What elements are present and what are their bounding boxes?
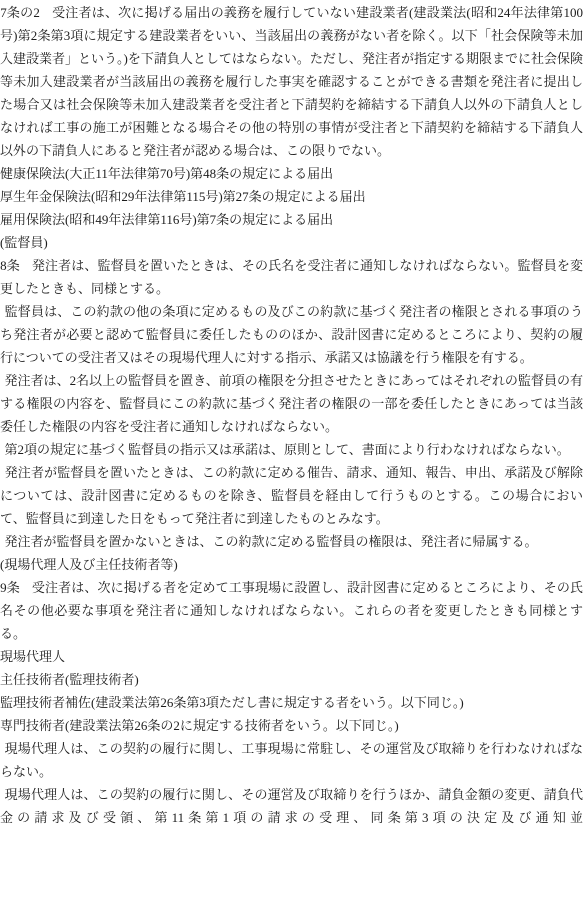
section-heading-supervisor: (監督員) xyxy=(0,231,583,254)
paragraph-text: 発注者が監督員を置いたときは、この約款に定める催告、請求、通知、報告、申出、承諾… xyxy=(0,465,583,526)
paragraph-text: 現場代理人は、この契約の履行に関し、工事現場に常駐し、その運営及び取締りを行わな… xyxy=(0,741,583,779)
item-text: 現場代理人 xyxy=(0,649,65,664)
numbered-paragraph: 2現場代理人は、この契約の履行に関し、工事現場に常駐し、その運営及び取締りを行わ… xyxy=(0,737,583,783)
clause-item: (1)健康保険法(大正11年法律第70号)第48条の規定による届出 xyxy=(0,162,583,185)
numbered-paragraph: 5発注者が監督員を置いたときは、この約款に定める催告、請求、通知、報告、申出、承… xyxy=(0,461,583,530)
item-text: 主任技術者(監理技術者) xyxy=(0,672,139,687)
article-number: 第8条 xyxy=(0,258,20,273)
paragraph-text: 発注者が監督員を置かないときは、この約款に定める監督員の権限は、発注者に帰属する… xyxy=(5,534,538,549)
item-text: 監理技術者補佐(建設業法第26条第3項ただし書に規定する者をいう。以下同じ。) xyxy=(0,695,464,710)
section-heading-site-agent: (現場代理人及び主任技術者等) xyxy=(0,553,583,576)
article-7-2: 第7条の2受注者は、次に掲げる届出の義務を履行していない建設業者(建設業法(昭和… xyxy=(0,1,583,162)
article-text: 受注者は、次に掲げる届出の義務を履行していない建設業者(建設業法(昭和24年法律… xyxy=(0,5,583,158)
clause-item: (3)監理技術者補佐(建設業法第26条第3項ただし書に規定する者をいう。以下同じ… xyxy=(0,691,583,714)
clause-item: (2)厚生年金保険法(昭和29年法律第115号)第27条の規定による届出 xyxy=(0,185,583,208)
item-text: 厚生年金保険法(昭和29年法律第115号)第27条の規定による届出 xyxy=(0,189,366,204)
paragraph-text: 監督員は、この約款の他の条項に定めるもの及びこの約款に基づく発注者の権限とされる… xyxy=(0,304,583,365)
article-number: 第7条の2 xyxy=(0,5,40,20)
article-text: 受注者は、次に掲げる者を定めて工事現場に設置し、設計図書に定めるところにより、そ… xyxy=(0,580,583,641)
article-number: 第9条 xyxy=(0,580,20,595)
numbered-paragraph: 2監督員は、この約款の他の条項に定めるもの及びこの約款に基づく発注者の権限とされ… xyxy=(0,300,583,369)
clause-item: (3)雇用保険法(昭和49年法律第116号)第7条の規定による届出 xyxy=(0,208,583,231)
article-9: 第9条受注者は、次に掲げる者を定めて工事現場に設置し、設計図書に定めるところによ… xyxy=(0,576,583,645)
numbered-paragraph-clipped: 3現場代理人は、この契約の履行に関し、その運営及び取締りを行うほか、請負金額の変… xyxy=(0,783,583,829)
numbered-paragraph: 3発注者は、2名以上の監督員を置き、前項の権限を分担させたときにあってはそれぞれ… xyxy=(0,369,583,438)
document-page: 第7条の2受注者は、次に掲げる届出の義務を履行していない建設業者(建設業法(昭和… xyxy=(0,0,583,921)
paragraph-text: 第2項の規定に基づく監督員の指示又は承諾は、原則として、書面により行わなければな… xyxy=(5,442,570,457)
item-text: 雇用保険法(昭和49年法律第116号)第7条の規定による届出 xyxy=(0,212,333,227)
clause-item: (4)専門技術者(建設業法第26条の2に規定する技術者をいう。以下同じ。) xyxy=(0,714,583,737)
paragraph-text: 発注者は、2名以上の監督員を置き、前項の権限を分担させたときにあってはそれぞれの… xyxy=(0,373,583,434)
item-text: 健康保険法(大正11年法律第70号)第48条の規定による届出 xyxy=(0,166,333,181)
numbered-paragraph: 4第2項の規定に基づく監督員の指示又は承諾は、原則として、書面により行わなければ… xyxy=(0,438,583,461)
article-8: 第8条発注者は、監督員を置いたときは、その氏名を受注者に通知しなければならない。… xyxy=(0,254,583,300)
clause-item: (1)現場代理人 xyxy=(0,645,583,668)
clause-item: (2)主任技術者(監理技術者) xyxy=(0,668,583,691)
article-text: 発注者は、監督員を置いたときは、その氏名を受注者に通知しなければならない。監督員… xyxy=(0,258,583,296)
item-text: 専門技術者(建設業法第26条の2に規定する技術者をいう。以下同じ。) xyxy=(0,718,399,733)
paragraph-text: 現場代理人は、この契約の履行に関し、その運営及び取締りを行うほか、請負金額の変更… xyxy=(0,787,583,825)
numbered-paragraph: 6発注者が監督員を置かないときは、この約款に定める監督員の権限は、発注者に帰属す… xyxy=(0,530,583,553)
